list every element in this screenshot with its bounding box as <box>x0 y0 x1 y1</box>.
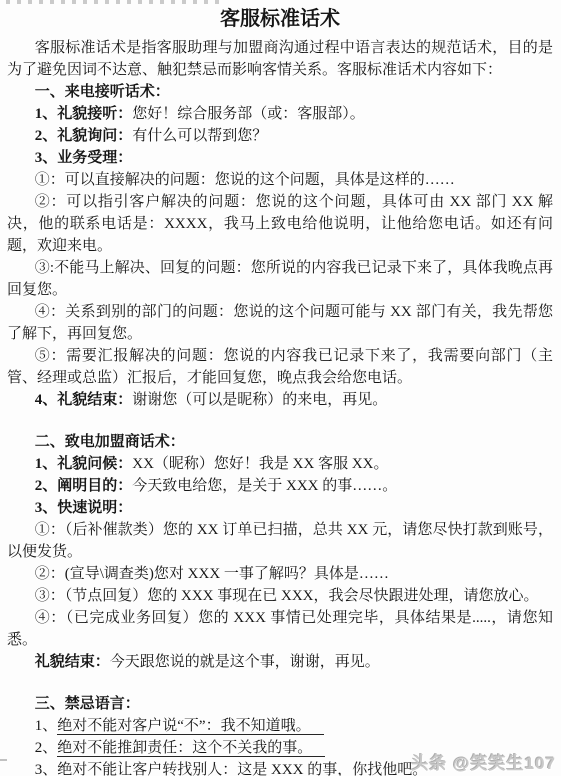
sections-container: 一、来电接听话术： 1、礼貌接听：您好！综合服务部（或：客服部）。 2、礼貌询问… <box>7 81 553 776</box>
item-text: XX（昵称）您好！我是 XX 客服 XX。 <box>132 456 388 472</box>
list-item: ②：(宣导\调查类)您对 XXX 一事了解吗？具体是…… <box>7 563 553 585</box>
list-item: ②：可以指引客户解决的问题：您说的这个问题，具体可由 XX 部门 XX 解决，他… <box>7 191 553 257</box>
item-text: ③：（节点回复）您的 XXX 事现在已 XXX，我会尽快跟进处理，请您放心。 <box>35 588 539 604</box>
list-item: 3、业务受理： <box>7 147 553 169</box>
section-items: 1、礼貌问候：XX（昵称）您好！我是 XX 客服 XX。 2、阐明目的：今天致电… <box>7 453 553 673</box>
list-item: 礼貌结束：今天跟您说的就是这个事，谢谢，再见。 <box>7 651 553 673</box>
item-text: ①：（后补催款类）您的 XX 订单已扫描，总共 XX 元，请您尽快打款到账号，以… <box>7 522 553 560</box>
item-text: ③:不能马上解决、回复的问题：您所说的内容我已记录下来了，具体我晚点再回复您。 <box>7 260 553 298</box>
item-text: 有什么可以帮到您？ <box>132 128 267 144</box>
list-item: ④：关系到别的部门的问题：您说的这个问题可能与 XX 部门有关，我先帮您了解下，… <box>7 301 553 345</box>
list-item: 1、礼貌问候：XX（昵称）您好！我是 XX 客服 XX。 <box>7 453 553 475</box>
taboo-number: 3、 <box>35 762 58 776</box>
item-text: 今天致电给您，是关于 XXX 的事……。 <box>132 478 397 494</box>
list-item: 2、礼貌询问：有什么可以帮到您？ <box>7 125 553 147</box>
item-text: ④：关系到别的部门的问题：您说的这个问题可能与 XX 部门有关，我先帮您了解下，… <box>7 304 553 342</box>
item-prefix: 1、礼貌接听： <box>35 106 133 122</box>
item-prefix: 2、礼貌询问： <box>35 128 133 144</box>
document-section: 二、致电加盟商话术： 1、礼貌问候：XX（昵称）您好！我是 XX 客服 XX。 … <box>7 431 553 673</box>
item-prefix: 礼貌结束： <box>35 654 110 670</box>
taboo-text: 绝对不能对客户说“不”：我不知道哦。 <box>57 718 323 735</box>
list-item: ③：（节点回复）您的 XXX 事现在已 XXX，我会尽快跟进处理，请您放心。 <box>7 585 553 607</box>
item-text: ①：可以直接解决的问题：您说的这个问题，具体是这样的…… <box>35 172 455 188</box>
edge-artifact <box>0 759 7 761</box>
document-content: 客服标准话术 客服标准话术是指客服助理与加盟商沟通过程中语言表达的规范话术，目的… <box>0 0 561 776</box>
item-prefix: 3、快速说明： <box>35 500 133 516</box>
list-item: 1、礼貌接听：您好！综合服务部（或：客服部）。 <box>7 103 553 125</box>
list-item: 2、阐明目的：今天致电给您，是关于 XXX 的事……。 <box>7 475 553 497</box>
document-section: 一、来电接听话术： 1、礼貌接听：您好！综合服务部（或：客服部）。 2、礼貌询问… <box>7 81 553 411</box>
list-item: ④：（已完成业务回复）您的 XXX 事情已处理完毕，具体结果是.....，请您知… <box>7 607 553 651</box>
item-prefix: 4、礼貌结束： <box>35 392 133 408</box>
item-text: 谢谢您（可以是昵称）的来电，再见。 <box>132 392 387 408</box>
section-items: 1、礼貌接听：您好！综合服务部（或：客服部）。 2、礼貌询问：有什么可以帮到您？… <box>7 103 553 411</box>
taboo-text: 绝对不能推卸责任：这个不关我的事。 <box>57 740 325 757</box>
watermark: 头条 @笑笑生107 <box>411 753 556 775</box>
list-item: ③:不能马上解决、回复的问题：您所说的内容我已记录下来了，具体我晚点再回复您。 <box>7 257 553 301</box>
taboo-number: 2、 <box>35 740 58 756</box>
page-title: 客服标准话术 <box>7 6 553 32</box>
item-prefix: 2、阐明目的： <box>35 478 133 494</box>
taboo-item: 1、绝对不能对客户说“不”：我不知道哦。 <box>7 715 553 737</box>
item-text: ④：（已完成业务回复）您的 XXX 事情已处理完毕，具体结果是.....，请您知… <box>7 610 553 648</box>
item-text: 您好！综合服务部（或：客服部）。 <box>132 106 365 122</box>
cropped-text-remnant <box>6 0 226 4</box>
intro-paragraph: 客服标准话术是指客服助理与加盟商沟通过程中语言表达的规范话术，目的是为了避免因词… <box>7 37 553 81</box>
list-item: ①：可以直接解决的问题：您说的这个问题，具体是这样的…… <box>7 169 553 191</box>
item-text: ⑤：需要汇报解决的问题：您说的内容我已记录下来了，我需要向部门（主管、经理或总监… <box>7 348 553 386</box>
list-item: ①：（后补催款类）您的 XX 订单已扫描，总共 XX 元，请您尽快打款到账号，以… <box>7 519 553 563</box>
list-item: 3、快速说明： <box>7 497 553 519</box>
taboo-number: 1、 <box>35 718 58 734</box>
item-text: 今天跟您说的就是这个事，谢谢，再见。 <box>110 654 380 670</box>
item-prefix: 1、礼貌问候： <box>35 456 133 472</box>
taboo-text: 绝对不能让客户转找别人：这是 XXX 的事，你找他吧。 <box>57 762 440 776</box>
item-prefix: 3、业务受理： <box>35 150 133 166</box>
list-item: 4、礼貌结束：谢谢您（可以是昵称）的来电，再见。 <box>7 389 553 411</box>
list-item: ⑤：需要汇报解决的问题：您说的内容我已记录下来了，我需要向部门（主管、经理或总监… <box>7 345 553 389</box>
section-heading: 三、禁忌语言： <box>7 693 553 715</box>
document-page: 客服标准话术 客服标准话术是指客服助理与加盟商沟通过程中语言表达的规范话术，目的… <box>0 0 561 776</box>
section-heading: 一、来电接听话术： <box>7 81 553 103</box>
item-text: ②：可以指引客户解决的问题：您说的这个问题，具体可由 XX 部门 XX 解决，他… <box>7 194 553 254</box>
item-text: ②：(宣导\调查类)您对 XXX 一事了解吗？具体是…… <box>35 566 389 582</box>
section-heading: 二、致电加盟商话术： <box>7 431 553 453</box>
